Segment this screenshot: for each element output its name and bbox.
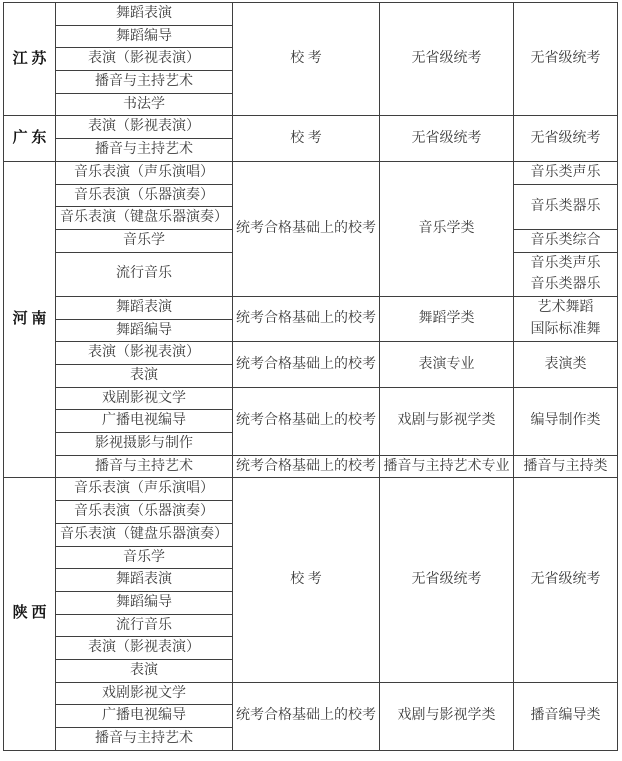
provincial-exam-cell: 戏剧与影视学类 xyxy=(380,387,514,455)
exam-type-cell: 统考合格基础上的校考 xyxy=(233,455,380,478)
exam-type-cell: 校 考 xyxy=(233,478,380,682)
major-cell: 流行音乐 xyxy=(56,614,233,637)
category-cell: 表演类 xyxy=(514,342,618,387)
major-cell: 音乐学 xyxy=(56,229,233,252)
exam-type-cell: 统考合格基础上的校考 xyxy=(233,342,380,387)
major-cell: 音乐表演（乐器演奏） xyxy=(56,501,233,524)
major-cell: 表演（影视表演） xyxy=(56,342,233,365)
major-cell: 表演（影视表演） xyxy=(56,116,233,139)
major-cell: 音乐表演（声乐演唱） xyxy=(56,478,233,501)
table-row: 陕 西音乐表演（声乐演唱）校 考无省级统考无省级统考 xyxy=(4,478,618,501)
major-cell: 播音与主持艺术 xyxy=(56,71,233,94)
major-cell: 舞蹈编导 xyxy=(56,591,233,614)
category-cell: 音乐类声乐 xyxy=(514,161,618,184)
exam-type-cell: 校 考 xyxy=(233,3,380,116)
provincial-exam-cell: 戏剧与影视学类 xyxy=(380,682,514,750)
category-cell: 编导制作类 xyxy=(514,387,618,455)
major-cell: 音乐表演（键盘乐器演奏） xyxy=(56,207,233,230)
major-cell: 音乐学 xyxy=(56,546,233,569)
table-row: 戏剧影视文学统考合格基础上的校考戏剧与影视学类编导制作类 xyxy=(4,387,618,410)
major-cell: 播音与主持艺术 xyxy=(56,139,233,162)
major-cell: 书法学 xyxy=(56,93,233,116)
category-cell: 播音编导类 xyxy=(514,682,618,750)
exam-type-cell: 统考合格基础上的校考 xyxy=(233,161,380,296)
major-cell: 广播电视编导 xyxy=(56,410,233,433)
major-cell: 音乐表演（键盘乐器演奏） xyxy=(56,523,233,546)
provincial-exam-cell: 无省级统考 xyxy=(380,116,514,161)
major-cell: 音乐表演（声乐演唱） xyxy=(56,161,233,184)
table-row: 表演（影视表演）统考合格基础上的校考表演专业表演类 xyxy=(4,342,618,365)
major-cell: 广播电视编导 xyxy=(56,705,233,728)
exam-table: 江 苏舞蹈表演校 考无省级统考无省级统考舞蹈编导表演（影视表演）播音与主持艺术书… xyxy=(3,2,618,751)
provincial-exam-cell: 表演专业 xyxy=(380,342,514,387)
category-cell: 无省级统考 xyxy=(514,116,618,161)
exam-type-cell: 校 考 xyxy=(233,116,380,161)
category-cell: 音乐类声乐 音乐类器乐 xyxy=(514,252,618,296)
major-cell: 表演 xyxy=(56,365,233,388)
major-cell: 舞蹈编导 xyxy=(56,319,233,342)
category-cell: 无省级统考 xyxy=(514,478,618,682)
category-cell: 播音与主持类 xyxy=(514,455,618,478)
major-cell: 舞蹈编导 xyxy=(56,25,233,48)
table-row: 播音与主持艺术统考合格基础上的校考播音与主持艺术专业播音与主持类 xyxy=(4,455,618,478)
category-cell: 无省级统考 xyxy=(514,3,618,116)
provincial-exam-cell: 播音与主持艺术专业 xyxy=(380,455,514,478)
major-cell: 舞蹈表演 xyxy=(56,3,233,26)
document-sheet: 江 苏舞蹈表演校 考无省级统考无省级统考舞蹈编导表演（影视表演）播音与主持艺术书… xyxy=(3,2,618,751)
province-cell: 河 南 xyxy=(4,161,56,478)
major-cell: 表演 xyxy=(56,659,233,682)
major-cell: 播音与主持艺术 xyxy=(56,728,233,751)
major-cell: 表演（影视表演） xyxy=(56,637,233,660)
major-cell: 播音与主持艺术 xyxy=(56,455,233,478)
exam-type-cell: 统考合格基础上的校考 xyxy=(233,682,380,750)
table-row: 江 苏舞蹈表演校 考无省级统考无省级统考 xyxy=(4,3,618,26)
table-body: 江 苏舞蹈表演校 考无省级统考无省级统考舞蹈编导表演（影视表演）播音与主持艺术书… xyxy=(4,3,618,751)
provincial-exam-cell: 无省级统考 xyxy=(380,478,514,682)
category-cell: 音乐类综合 xyxy=(514,229,618,252)
province-cell: 陕 西 xyxy=(4,478,56,750)
major-cell: 舞蹈表演 xyxy=(56,569,233,592)
table-row: 河 南音乐表演（声乐演唱）统考合格基础上的校考音乐学类音乐类声乐 xyxy=(4,161,618,184)
exam-type-cell: 统考合格基础上的校考 xyxy=(233,387,380,455)
major-cell: 戏剧影视文学 xyxy=(56,682,233,705)
category-cell: 艺术舞蹈 国际标准舞 xyxy=(514,296,618,341)
provincial-exam-cell: 无省级统考 xyxy=(380,3,514,116)
category-cell: 音乐类器乐 xyxy=(514,184,618,229)
major-cell: 流行音乐 xyxy=(56,252,233,296)
table-row: 广 东表演（影视表演）校 考无省级统考无省级统考 xyxy=(4,116,618,139)
province-cell: 广 东 xyxy=(4,116,56,161)
exam-type-cell: 统考合格基础上的校考 xyxy=(233,296,380,341)
major-cell: 表演（影视表演） xyxy=(56,48,233,71)
major-cell: 音乐表演（乐器演奏） xyxy=(56,184,233,207)
provincial-exam-cell: 音乐学类 xyxy=(380,161,514,296)
table-row: 戏剧影视文学统考合格基础上的校考戏剧与影视学类播音编导类 xyxy=(4,682,618,705)
major-cell: 舞蹈表演 xyxy=(56,296,233,319)
major-cell: 影视摄影与制作 xyxy=(56,433,233,456)
major-cell: 戏剧影视文学 xyxy=(56,387,233,410)
table-row: 舞蹈表演统考合格基础上的校考舞蹈学类艺术舞蹈 国际标准舞 xyxy=(4,296,618,319)
province-cell: 江 苏 xyxy=(4,3,56,116)
provincial-exam-cell: 舞蹈学类 xyxy=(380,296,514,341)
